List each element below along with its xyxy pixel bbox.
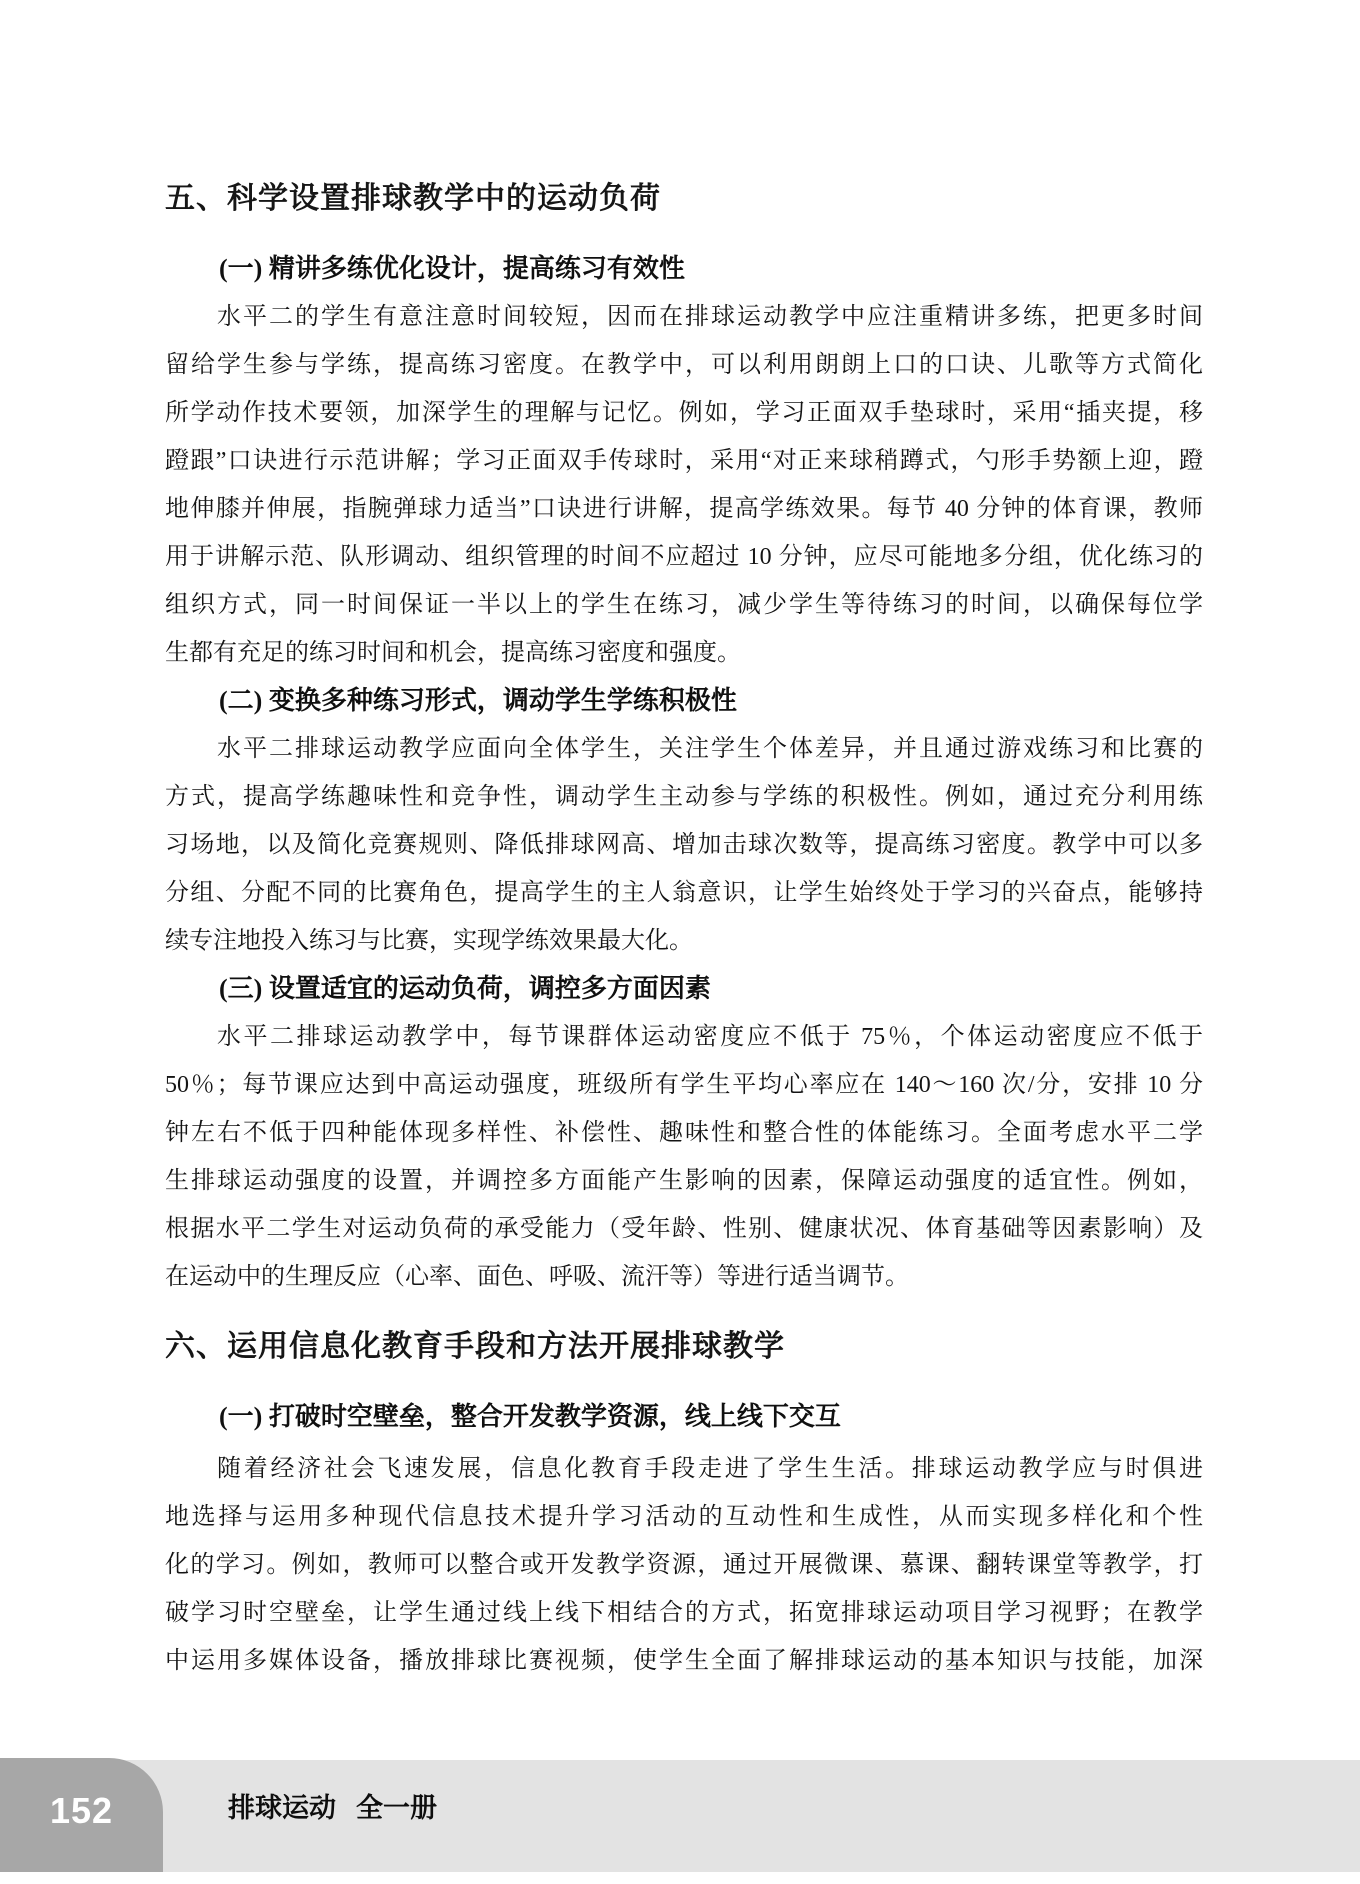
paragraph-line: 组织方式，同一时间保证一半以上的学生在练习，减少学生等待练习的时间，以确保每位学	[165, 581, 1203, 629]
paragraph-line: 钟左右不低于四种能体现多样性、补偿性、趣味性和整合性的体能练习。全面考虑水平二学	[165, 1109, 1203, 1157]
paragraph-line: 中运用多媒体设备，播放排球比赛视频，使学生全面了解排球运动的基本知识与技能，加深	[165, 1637, 1203, 1685]
subsection-heading-5-2: (二) 变换多种练习形式，调动学生学练积极性	[165, 677, 1203, 725]
paragraph-line: 续专注地投入练习与比赛，实现学练效果最大化。	[165, 917, 1203, 965]
footer-title: 排球运动全一册	[228, 1792, 437, 1824]
subsection-heading-5-3: (三) 设置适宜的运动负荷，调控多方面因素	[165, 965, 1203, 1013]
volume-label: 全一册	[356, 1793, 437, 1823]
page-content: 五、科学设置排球教学中的运动负荷 (一) 精讲多练优化设计，提高练习有效性 水平…	[165, 0, 1203, 1685]
paragraph-line: 地伸膝并伸展，指腕弹球力适当”口诀进行讲解，提高学练效果。每节 40 分钟的体育…	[165, 485, 1203, 533]
subsection-heading-5-1: (一) 精讲多练优化设计，提高练习有效性	[165, 245, 1203, 293]
paragraph-line: 所学动作技术要领，加深学生的理解与记忆。例如，学习正面双手垫球时，采用“插夹提，…	[165, 389, 1203, 437]
page-number: 152	[0, 1791, 163, 1831]
subsection-heading-6-1: (一) 打破时空壁垒，整合开发教学资源，线上线下交互	[165, 1393, 1203, 1441]
footer-band	[0, 1760, 1360, 1872]
paragraph-line: 生都有充足的练习时间和机会，提高练习密度和强度。	[165, 629, 1203, 677]
paragraph-line: 分组、分配不同的比赛角色，提高学生的主人翁意识，让学生始终处于学习的兴奋点，能够…	[165, 869, 1203, 917]
paragraph-line: 水平二排球运动教学中，每节课群体运动密度应不低于 75％，个体运动密度应不低于	[165, 1013, 1203, 1061]
paragraph-line: 用于讲解示范、队形调动、组织管理的时间不应超过 10 分钟，应尽可能地多分组，优…	[165, 533, 1203, 581]
section-heading-6: 六、运用信息化教育手段和方法开展排球教学	[165, 1329, 1203, 1365]
book-title: 排球运动	[228, 1793, 336, 1823]
paragraph-line: 在运动中的生理反应（心率、面色、呼吸、流汗等）等进行适当调节。	[165, 1253, 1203, 1301]
paragraph-line: 水平二排球运动教学应面向全体学生，关注学生个体差异，并且通过游戏练习和比赛的	[165, 725, 1203, 773]
paragraph-line: 方式，提高学练趣味性和竞争性，调动学生主动参与学练的积极性。例如，通过充分利用练	[165, 773, 1203, 821]
paragraph-line: 生排球运动强度的设置，并调控多方面能产生影响的因素，保障运动强度的适宜性。例如，	[165, 1157, 1203, 1205]
paragraph-line: 留给学生参与学练，提高练习密度。在教学中，可以利用朗朗上口的口诀、儿歌等方式简化	[165, 341, 1203, 389]
paragraph-line: 地选择与运用多种现代信息技术提升学习活动的互动性和生成性，从而实现多样化和个性	[165, 1493, 1203, 1541]
document-page: 五、科学设置排球教学中的运动负荷 (一) 精讲多练优化设计，提高练习有效性 水平…	[0, 0, 1360, 1884]
paragraph-line: 水平二的学生有意注意时间较短，因而在排球运动教学中应注重精讲多练，把更多时间	[165, 293, 1203, 341]
paragraph-line: 化的学习。例如，教师可以整合或开发教学资源，通过开展微课、慕课、翻转课堂等教学，…	[165, 1541, 1203, 1589]
paragraph-line: 蹬跟”口诀进行示范讲解；学习正面双手传球时，采用“对正来球稍蹲式，勺形手势额上迎…	[165, 437, 1203, 485]
paragraph-line: 随着经济社会飞速发展，信息化教育手段走进了学生生活。排球运动教学应与时俱进	[165, 1445, 1203, 1493]
section-heading-5: 五、科学设置排球教学中的运动负荷	[165, 181, 1203, 217]
page-number-badge: 152	[0, 1758, 163, 1872]
paragraph-line: 破学习时空壁垒，让学生通过线上线下相结合的方式，拓宽排球运动项目学习视野；在教学	[165, 1589, 1203, 1637]
paragraph-line: 习场地，以及简化竞赛规则、降低排球网高、增加击球次数等，提高练习密度。教学中可以…	[165, 821, 1203, 869]
paragraph-line: 根据水平二学生对运动负荷的承受能力（受年龄、性别、健康状况、体育基础等因素影响）…	[165, 1205, 1203, 1253]
paragraph-line: 50％；每节课应达到中高运动强度，班级所有学生平均心率应在 140～160 次/…	[165, 1061, 1203, 1109]
